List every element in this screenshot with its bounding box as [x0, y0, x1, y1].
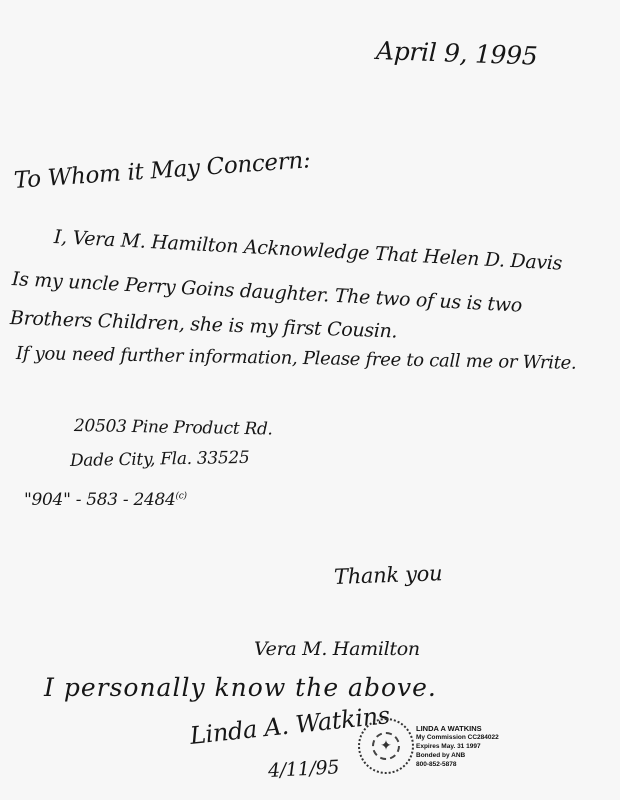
phone-note: (c) — [176, 491, 187, 501]
notary-stamp-phone: 800-852-5878 — [416, 760, 499, 769]
closing: Thank you — [334, 561, 443, 589]
phone-digits: "904" - 583 - 2484 — [24, 490, 176, 510]
notary-stamp-bonded: Bonded by ANB — [416, 751, 499, 760]
notary-stamp: LINDA A WATKINS My Commission CC284022 E… — [416, 724, 499, 769]
address-city-state-zip: Dade City, Fla. 33525 — [70, 448, 250, 471]
body-line-3: Brothers Children, she is my first Cousi… — [10, 307, 398, 343]
notary-statement: I personally know the above. — [44, 673, 437, 702]
phone-number: "904" - 583 - 2484(c) — [24, 490, 187, 510]
body-line-4: If you need further information, Please … — [16, 343, 577, 374]
address-street: 20503 Pine Product Rd. — [74, 416, 273, 439]
author-signature: Vera M. Hamilton — [254, 638, 420, 660]
body-line-1: I, Vera M. Hamilton Acknowledge That Hel… — [53, 226, 562, 275]
notary-stamp-name: LINDA A WATKINS — [416, 724, 499, 733]
notary-date: 4/11/95 — [267, 756, 339, 782]
seal-emblem-icon: ✦ — [372, 732, 400, 760]
salutation: To Whom it May Concern: — [13, 147, 311, 194]
notary-seal-icon: ✦ — [358, 718, 414, 774]
notary-stamp-expires: Expires May. 31 1997 — [416, 742, 499, 751]
notary-stamp-commission: My Commission CC284022 — [416, 733, 499, 742]
letter-date: April 9, 1995 — [375, 36, 537, 71]
